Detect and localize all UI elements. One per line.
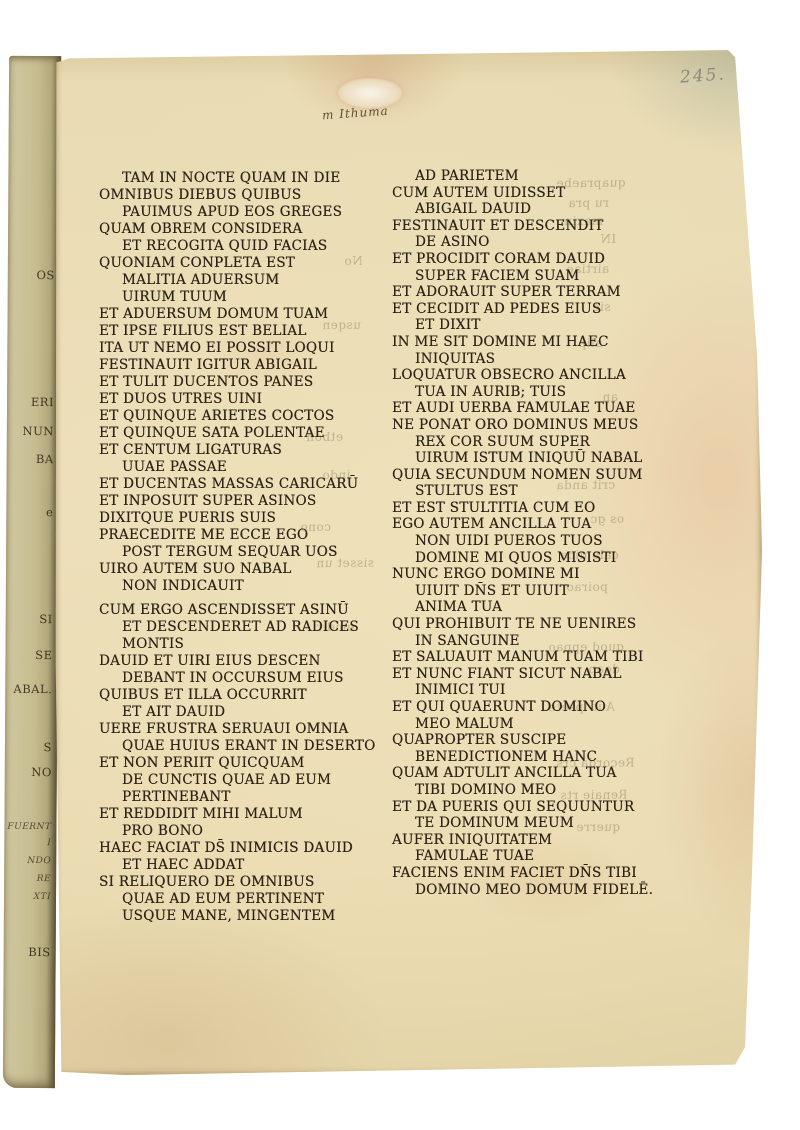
text-line: ET REDDIDIT MIHI MALUM bbox=[99, 806, 399, 823]
text-line: ET ADUERSUM DOMUM TUAM bbox=[99, 306, 399, 323]
text-line: ET TULIT DUCENTOS PANES bbox=[99, 374, 399, 391]
text-line: MALITIA ADUERSUM bbox=[99, 272, 399, 289]
text-line: ET HAEC ADDAT bbox=[99, 857, 399, 874]
text-line: ET INPOSUIT SUPER ASINOS bbox=[99, 493, 399, 510]
text-line: EGO AUTEM ANCILLA TUA bbox=[392, 516, 722, 533]
text-line: INIMICI TUI bbox=[392, 682, 722, 699]
text-line: QUIBUS ET ILLA OCCURRIT bbox=[99, 687, 399, 704]
text-line: ABIGAIL DAUID bbox=[392, 201, 722, 218]
parchment-repair-patch bbox=[338, 78, 402, 108]
text-column-right: AD PARIETEMCUM AUTEM UIDISSET ABIGAIL DA… bbox=[392, 168, 722, 898]
text-line: ET AIT DAUID bbox=[99, 704, 399, 721]
text-column-left: TAM IN NOCTE QUAM IN DIEOMNIBUS DIEBUS Q… bbox=[99, 170, 399, 925]
text-line: TIBI DOMINO MEO bbox=[392, 782, 722, 799]
text-line: TAM IN NOCTE QUAM IN DIE bbox=[99, 170, 399, 187]
text-line: PRO BONO bbox=[99, 823, 399, 840]
text-line: SUPER FACIEM SUAM bbox=[392, 268, 722, 285]
text-line: ET DUCENTAS MASSAS CARICARŪ bbox=[99, 476, 399, 493]
manuscript-photo: OSERINUNBAeSISEABAL.SNOFUERNTINDOREXTIBI… bbox=[0, 0, 800, 1130]
text-line: PAUIMUS APUD EOS GREGES bbox=[99, 204, 399, 221]
text-line: DAUID ET UIRI EIUS DESCEN bbox=[99, 653, 399, 670]
text-line: CUM ERGO ASCENDISSET ASINŪ bbox=[99, 602, 399, 619]
text-line: ET QUINQUE SATA POLENTAE bbox=[99, 425, 399, 442]
text-line: BENEDICTIONEM HANC bbox=[392, 749, 722, 766]
text-line: DIXITQUE PUERIS SUIS bbox=[99, 510, 399, 527]
text-line: QUAPROPTER SUSCIPE bbox=[392, 732, 722, 749]
text-line: UIRO AUTEM SUO NABAL bbox=[99, 561, 399, 578]
text-line: UIUIT DN̄S ET UIUIT bbox=[392, 583, 722, 600]
text-line: AD PARIETEM bbox=[392, 168, 722, 185]
text-line: IN SANGUINE bbox=[392, 633, 722, 650]
text-line: QUIA SECUNDUM NOMEN SUUM bbox=[392, 467, 722, 484]
text-line: ET RECOGITA QUID FACIAS bbox=[99, 238, 399, 255]
text-line: UUAE PASSAE bbox=[99, 459, 399, 476]
text-line: QUAE HUIUS ERANT IN DESERTO bbox=[99, 738, 399, 755]
text-line: MEO MALUM bbox=[392, 716, 722, 733]
text-line: UIRUM TUUM bbox=[99, 289, 399, 306]
text-line: HAEC FACIAT DS̄ INIMICIS DAUID bbox=[99, 840, 399, 857]
text-line: ET SALUAUIT MANUM TUAM TIBI bbox=[392, 649, 722, 666]
text-line: LOQUATUR OBSECRO ANCILLA bbox=[392, 367, 722, 384]
text-line: QUI PROHIBUIT TE NE UENIRES bbox=[392, 616, 722, 633]
text-line: QUONIAM CONPLETA EST bbox=[99, 255, 399, 272]
text-line: ET ADORAUIT SUPER TERRAM bbox=[392, 284, 722, 301]
text-line: SI RELIQUERO DE OMNIBUS bbox=[99, 874, 399, 891]
text-line: REX COR SUUM SUPER bbox=[392, 434, 722, 451]
text-line: QUAM OBREM CONSIDERA bbox=[99, 221, 399, 238]
text-line: FAMULAE TUAE bbox=[392, 848, 722, 865]
text-line: ITA UT NEMO EI POSSIT LOQUI bbox=[99, 340, 399, 357]
text-line: ET NUNC FIANT SICUT NABAL bbox=[392, 666, 722, 683]
page-content: 245. m Ithuma quapraeberu pramaximINairt… bbox=[0, 0, 800, 1130]
text-line: NON INDICAUIT bbox=[99, 578, 399, 595]
text-line: ET IPSE FILIUS EST BELIAL bbox=[99, 323, 399, 340]
text-line: PERTINEBANT bbox=[99, 789, 399, 806]
text-line: DE CUNCTIS QUAE AD EUM bbox=[99, 772, 399, 789]
ink-annotation: m Ithuma bbox=[322, 104, 390, 123]
text-line: ET EST STULTITIA CUM EO bbox=[392, 500, 722, 517]
text-line: STULTUS EST bbox=[392, 483, 722, 500]
text-line: TUA IN AURIB; TUIS bbox=[392, 384, 722, 401]
text-line: ET PROCIDIT CORAM DAUID bbox=[392, 251, 722, 268]
text-line: ANIMA TUA bbox=[392, 599, 722, 616]
text-line: MONTIS bbox=[99, 636, 399, 653]
text-line: ET AUDI UERBA FAMULAE TUAE bbox=[392, 400, 722, 417]
text-line: AUFER INIQUITATEM bbox=[392, 832, 722, 849]
text-line: ET NON PERIIT QUICQUAM bbox=[99, 755, 399, 772]
text-line: TE DOMINUM MEUM bbox=[392, 815, 722, 832]
text-line: CUM AUTEM UIDISSET bbox=[392, 185, 722, 202]
text-line: QUAE AD EUM PERTINENT bbox=[99, 891, 399, 908]
text-line: ET QUI QUAERUNT DOMINO bbox=[392, 699, 722, 716]
text-line: IN ME SIT DOMINE MI HAEC bbox=[392, 334, 722, 351]
text-line: DE ASINO bbox=[392, 234, 722, 251]
text-line: UERE FRUSTRA SERUAUI OMNIA bbox=[99, 721, 399, 738]
text-line: DOMINO MEO DOMUM FIDELĒ. bbox=[392, 882, 722, 899]
text-line: ET CENTUM LIGATURAS bbox=[99, 442, 399, 459]
text-line: ET QUINQUE ARIETES COCTOS bbox=[99, 408, 399, 425]
text-line: ET DUOS UTRES UINI bbox=[99, 391, 399, 408]
text-line: ET DIXIT bbox=[392, 317, 722, 334]
text-line: POST TERGUM SEQUAR UOS bbox=[99, 544, 399, 561]
text-line: NON UIDI PUEROS TUOS bbox=[392, 533, 722, 550]
text-line: FESTINAUIT IGITUR ABIGAIL bbox=[99, 357, 399, 374]
text-line: DEBANT IN OCCURSUM EIUS bbox=[99, 670, 399, 687]
text-line: PRAECEDITE ME ECCE EGO bbox=[99, 527, 399, 544]
text-line: OMNIBUS DIEBUS QUIBUS bbox=[99, 187, 399, 204]
text-line: FACIENS ENIM FACIET DN̄S TIBI bbox=[392, 865, 722, 882]
text-line: QUAM ADTULIT ANCILLA TUA bbox=[392, 765, 722, 782]
text-line bbox=[99, 595, 399, 602]
text-line: UIRUM ISTUM INIQUŪ NABAL bbox=[392, 450, 722, 467]
text-line: DOMINE MI QUOS MISISTI bbox=[392, 550, 722, 567]
text-line: FESTINAUIT ET DESCENDIT bbox=[392, 218, 722, 235]
text-line: NUNC ERGO DOMINE MI bbox=[392, 566, 722, 583]
text-line: ET CECIDIT AD PEDES EIUS bbox=[392, 301, 722, 318]
text-line: INIQUITAS bbox=[392, 351, 722, 368]
text-line: USQUE MANE, MINGENTEM bbox=[99, 908, 399, 925]
folio-number: 245. bbox=[679, 64, 726, 87]
text-line: NE PONAT ORO DOMINUS MEUS bbox=[392, 417, 722, 434]
text-line: ET DESCENDERET AD RADICES bbox=[99, 619, 399, 636]
text-line: ET DA PUERIS QUI SEQUUNTUR bbox=[392, 799, 722, 816]
